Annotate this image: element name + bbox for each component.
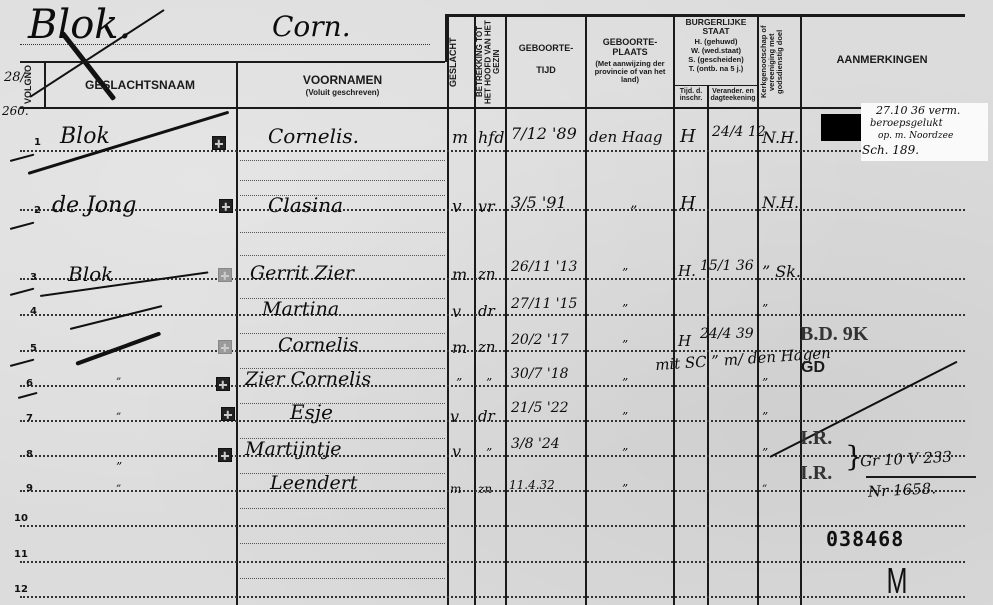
row-2-sex: v [452,197,462,217]
row-6-given: Zier Cornelis [245,368,371,390]
row-6-birth-place: ” [622,376,628,390]
redaction-bar [821,114,866,141]
row-1-number: 1 [34,137,41,148]
col-header-geboorteplaats-sub: (Met aanwijzing der provincie of van het… [590,60,670,84]
row-6-surname: ” [116,377,121,388]
row-3-stamp-icon [218,268,232,282]
row-1-note-line-1: 27.10 36 verm. [876,104,960,117]
row-2-birth-date: 3/5 '91 [511,193,567,212]
row-10-number: 10 [14,513,28,524]
col-header-betrekking: BETREKKING TOT HET HOOFD VAN HET GEZIN [476,18,504,106]
col-header-geboortetijd-2: TIJD [507,66,585,75]
row-2-given: Clasina [268,193,343,217]
row-4-number: 4 [30,306,37,317]
row-9-number: 9 [26,483,33,494]
row-7-number: 7 [26,413,33,424]
row-11-number: 11 [14,549,28,560]
row-1-church: N.H. [762,128,799,147]
header-first-name: Corn. [272,10,351,43]
burgerlijke-staat-option-w: W. (wed.staat) [675,47,757,55]
row-6-relation: ” [486,376,492,390]
row-2-church: N.H. [762,193,799,212]
row-2-relation: vr [478,197,495,216]
row-3-birth-date: 26/11 '13 [511,259,577,275]
row-5-stamp-bd: B.D. 9K [800,324,868,345]
row-5-number: 5 [30,343,37,354]
card-number: 038468 [826,527,904,551]
row-1-strike [28,111,230,175]
row-4-church: ” [762,302,768,316]
row-1-birth-place: den Haag [589,128,662,146]
row-5-given: Cornelis [278,334,358,356]
row-8-church: ” [762,446,768,460]
row-5-relation: zn [478,338,496,356]
row-8-stamp-ir-2: I.R. [800,463,832,484]
row-1-surname: Blok [60,124,110,149]
row-3-sex: m [452,265,467,284]
row-8-stamp-icon [218,448,232,462]
margin-note-top: 28/ [4,70,25,85]
row-8-note-2: Nr 1658. [868,479,937,501]
row-6-number: 6 [26,378,33,389]
row-2-surname: de Jong [52,193,136,218]
row-5-sex: m [452,338,467,357]
burgerlijke-staat-option-h: H. (gehuwd) [675,38,757,46]
col-header-voornamen-sub: (Voluit geschreven) [238,89,447,97]
row-2-birth-place: ” [630,204,637,220]
row-8-surname: ” [116,460,122,474]
row-9-relation: zn [478,482,492,496]
row-8-relation: ” [486,446,492,460]
persoonskaart: Blok. Corn. 28/ 260. VOLGNO GESLACHTSNAA… [0,0,993,605]
row-5-birth-place: ” [622,338,628,352]
row-7-birth-place: ” [622,410,628,424]
row-7-stamp-icon [221,407,235,421]
row-4-strike [70,305,163,330]
row-5-stamp-gd: GD [801,360,825,377]
row-1-note-line-3: op. m. Noordzee [878,131,953,141]
row-1-given: Cornelis. [268,124,359,148]
row-6-church: ” [762,376,768,390]
row-5-civil-date: 24/4 39 [700,326,754,342]
row-3-relation: zn [478,265,496,283]
row-8-birth-date: 3/8 '24 [511,436,560,452]
row-3-surname: Blok [68,262,113,286]
col-header-volgno: VOLGNO [24,66,42,104]
col-header-geboortetijd-1: GEBOORTE- [507,44,585,53]
row-7-relation: dr [478,407,495,425]
row-7-given: Esje [290,400,333,424]
col-header-burgerlijke-staat: BURGERLIJKE STAAT [675,18,757,36]
row-9-surname: ” [116,484,121,495]
row-1-civil: H [680,126,696,147]
row-1-birth-date: 7/12 '89 [511,124,577,143]
row-3-civil-date: 15/1 36 [700,258,754,274]
row-7-note-strike [770,361,958,458]
col-header-verandering: Verander. en dagteekening [709,88,757,103]
row-3-number: 3 [30,272,37,283]
row-1-relation: hfd [478,128,504,147]
row-3-strike [40,271,209,297]
row-9-birth-date: 11.4.32 [509,478,555,492]
col-header-geboorteplaats-2: PLAATS [587,48,673,57]
row-3-church: ” Sk. [762,262,801,281]
row-8-stamp-ir-1: I.R. [800,428,832,449]
row-4-birth-place: ” [622,302,628,316]
row-4-sex: v [452,302,461,321]
col-header-tijd-inschr: Tijd. d. inschr. [675,88,707,103]
burgerlijke-staat-option-t: T. (ontb. na 5 j.) [675,65,757,73]
row-6-sex: ” [456,376,462,390]
row-3-civil: H. [678,262,696,280]
row-8-note-1: Gr 10 V 233 [860,448,953,471]
col-header-kerkgenootschap: Kerkgenootschap of vereeniging met godsd… [760,18,798,106]
row-5-civil: H [678,332,691,350]
row-5-birth-date: 20/2 '17 [511,332,569,348]
row-9-birth-place: ” [622,482,628,496]
card-letter: M [887,560,908,602]
row-6-stamp-icon [216,377,230,391]
row-8-sex: v [452,442,461,461]
row-2-civil: H [680,193,696,214]
row-4-relation: dr [478,302,495,320]
row-1-stamp-icon [212,136,226,150]
row-4-birth-date: 27/11 '15 [511,296,577,312]
row-7-surname: ” [116,412,121,423]
row-5-strike [75,331,161,366]
row-7-birth-date: 21/5 '22 [511,400,569,416]
row-5-stamp-icon [218,340,232,354]
row-1-civil-date: 24/4 12 [712,124,766,140]
burgerlijke-staat-option-s: S. (gescheiden) [675,56,757,64]
row-8-birth-place: ” [622,446,628,460]
row-1-note-line-4: Sch. 189. [862,143,919,157]
row-3-given: Gerrit Zier [250,262,354,284]
row-3-birth-place: ” [622,266,628,280]
row-7-church: ” [762,410,768,424]
col-header-aanmerkingen: AANMERKINGEN [802,55,962,67]
row-1-sex: m [452,128,468,148]
row-2-stamp-icon [219,199,233,213]
row-8-number: 8 [26,449,33,460]
col-header-geslachtsnaam: GESLACHTSNAAM [44,79,236,92]
row-12-number: 12 [14,584,28,595]
row-2-number: 2 [34,205,41,216]
row-4-given: Martina [262,298,339,320]
row-9-sex: m [450,482,461,496]
row-9-given: Leendert [270,472,357,494]
col-header-geslacht: GESLACHT [449,20,473,104]
row-9-church: ” [762,484,767,495]
row-6-birth-date: 30/7 '18 [511,366,569,382]
row-8-given: Martijntje [245,438,341,460]
col-header-voornamen: VOORNAMEN [238,74,447,87]
row-7-sex: v [450,407,459,426]
row-1-note-line-2: beroepsgelukt [870,118,943,129]
